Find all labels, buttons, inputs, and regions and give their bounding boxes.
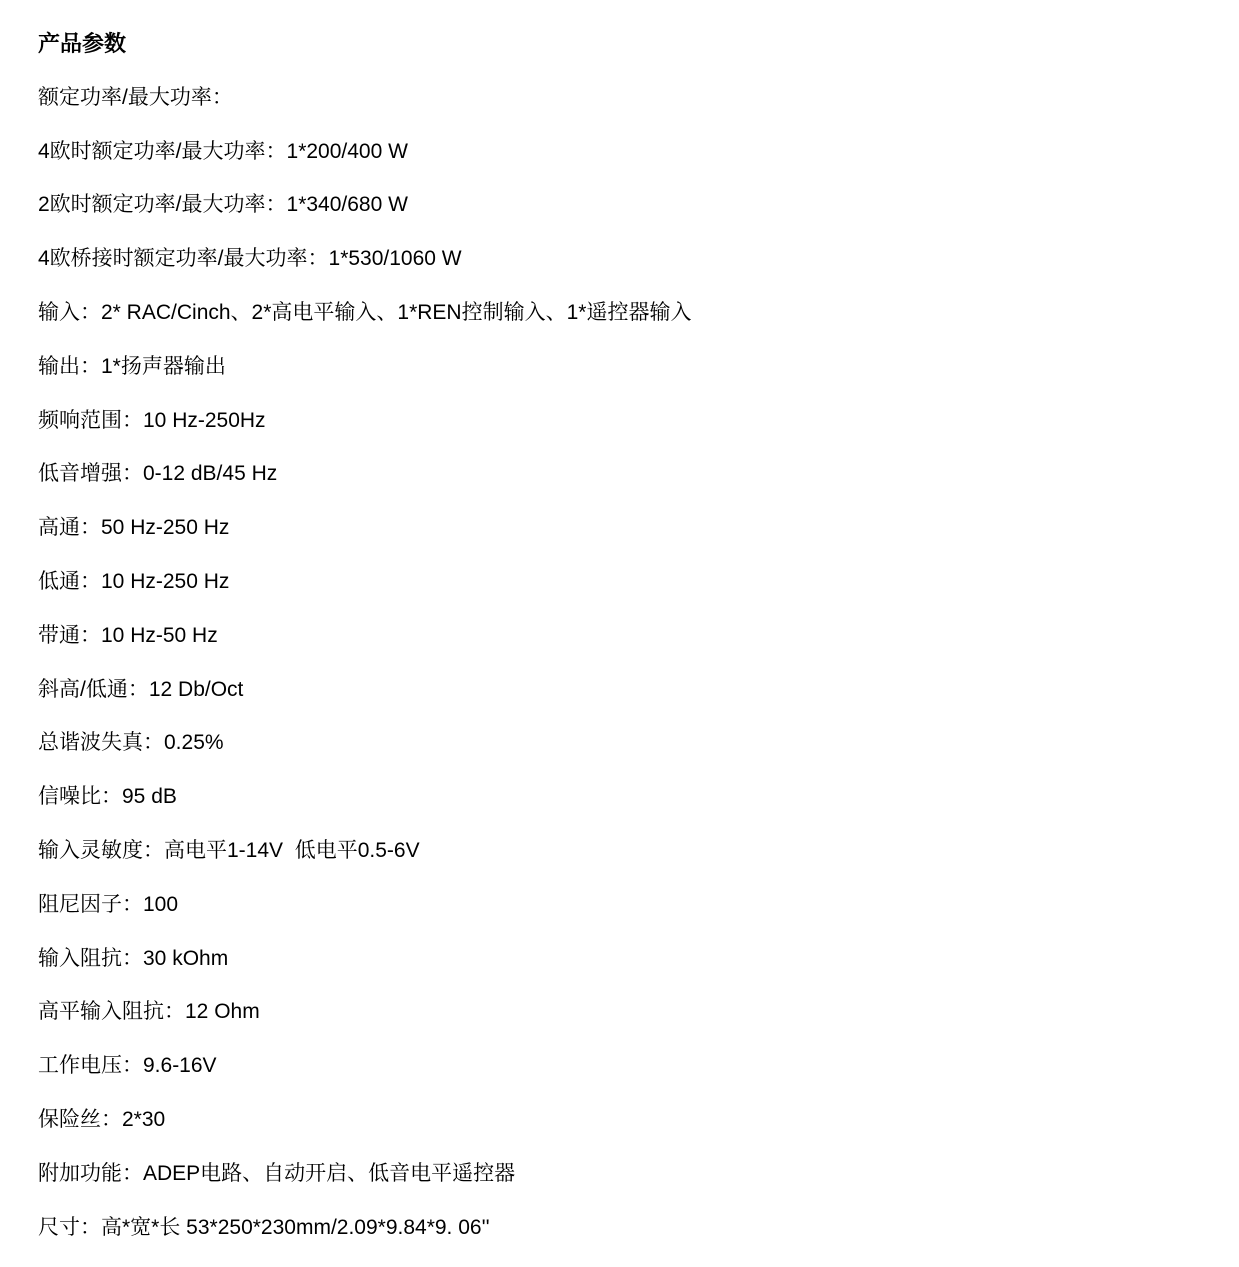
spec-list: 额定功率/最大功率：4欧时额定功率/最大功率：1*200/400 W2欧时额定功… bbox=[38, 71, 1209, 1255]
spec-line: 低音增强：0-12 dB/45 Hz bbox=[38, 447, 1209, 501]
spec-line: 总谐波失真：0.25% bbox=[38, 716, 1209, 770]
spec-line: 尺寸：高*宽*长 53*250*230mm/2.09*9.84*9. 06'' bbox=[38, 1201, 1209, 1255]
spec-line: 输入阻抗：30 kOhm bbox=[38, 932, 1209, 986]
spec-line: 4欧桥接时额定功率/最大功率：1*530/1060 W bbox=[38, 232, 1209, 286]
spec-line: 信噪比：95 dB bbox=[38, 770, 1209, 824]
spec-line: 额定功率/最大功率： bbox=[38, 71, 1209, 125]
spec-line: 斜高/低通：12 Db/Oct bbox=[38, 663, 1209, 717]
spec-line: 阻尼因子：100 bbox=[38, 878, 1209, 932]
spec-line: 4欧时额定功率/最大功率：1*200/400 W bbox=[38, 125, 1209, 179]
spec-line: 低通：10 Hz-250 Hz bbox=[38, 555, 1209, 609]
spec-line: 2欧时额定功率/最大功率：1*340/680 W bbox=[38, 178, 1209, 232]
page-title: 产品参数 bbox=[38, 17, 1209, 71]
spec-line: 附加功能：ADEP电路、自动开启、低音电平遥控器 bbox=[38, 1147, 1209, 1201]
spec-line: 带通：10 Hz-50 Hz bbox=[38, 609, 1209, 663]
spec-line: 高通：50 Hz-250 Hz bbox=[38, 501, 1209, 555]
spec-line: 输入灵敏度：高电平1-14V 低电平0.5-6V bbox=[38, 824, 1209, 878]
spec-line: 频响范围：10 Hz-250Hz bbox=[38, 394, 1209, 448]
spec-line: 高平输入阻抗：12 Ohm bbox=[38, 985, 1209, 1039]
spec-line: 工作电压：9.6-16V bbox=[38, 1039, 1209, 1093]
product-spec-document: 产品参数 额定功率/最大功率：4欧时额定功率/最大功率：1*200/400 W2… bbox=[0, 0, 1239, 1267]
spec-line: 输入：2* RAC/Cinch、2*高电平输入、1*REN控制输入、1*遥控器输… bbox=[38, 286, 1209, 340]
spec-line: 输出：1*扬声器输出 bbox=[38, 340, 1209, 394]
spec-line: 保险丝：2*30 bbox=[38, 1093, 1209, 1147]
